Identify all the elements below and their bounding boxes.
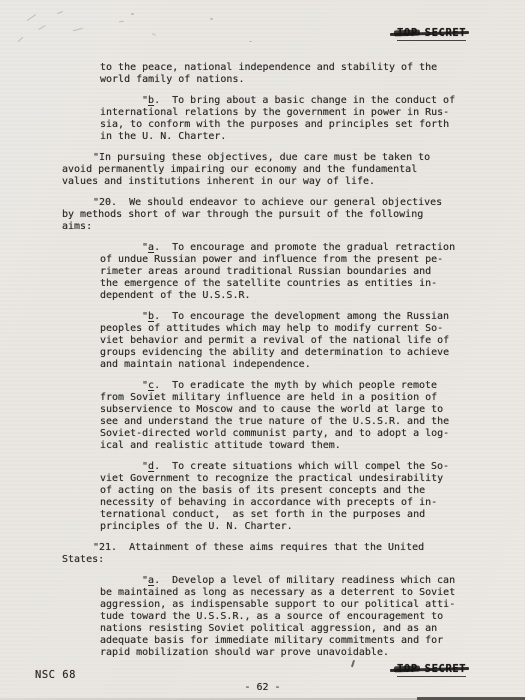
scanned-document-page: TOP SECRET to the peace, national indepe… — [0, 0, 525, 700]
pencil-smudge — [27, 14, 37, 21]
top-secret-stamp-header: TOP SECRET — [397, 27, 466, 41]
scan-edge-artifact — [417, 697, 525, 700]
pencil-smudge — [38, 25, 46, 30]
strikethrough-blot — [394, 665, 420, 672]
paragraph: "20. We should endeavor to achieve our g… — [62, 197, 472, 233]
paragraph: "b. To encourage the development among t… — [100, 311, 472, 371]
paragraph: "21. Attainment of these aims requires t… — [62, 542, 472, 566]
pencil-smudge — [152, 33, 156, 36]
paragraph: "b. To bring about a basic change in the… — [100, 95, 472, 143]
pencil-smudge — [249, 41, 252, 42]
paragraph: to the peace, national independence and … — [100, 62, 472, 86]
pencil-smudge — [57, 11, 63, 14]
strikethrough-blot — [394, 29, 420, 36]
paragraph: "c. To eradicate the myth by which peopl… — [100, 380, 472, 452]
pencil-smudge — [18, 37, 24, 43]
top-secret-stamp-footer: TOP SECRET — [397, 663, 466, 677]
pencil-smudge — [119, 21, 124, 23]
page-body: to the peace, national independence and … — [62, 62, 472, 668]
page-number: - 62 - — [0, 682, 525, 693]
paragraph: "a. To encourage and promote the gradual… — [100, 242, 472, 302]
paragraph: "In pursuing these objectives, due care … — [62, 152, 472, 188]
pencil-smudge — [73, 28, 83, 32]
pencil-smudge — [210, 18, 213, 20]
paragraph: "d. To create situations which will comp… — [100, 461, 472, 533]
pencil-smudge — [131, 13, 134, 15]
paragraph: "a. Develop a level of military readines… — [100, 575, 472, 659]
doc-id: NSC 68 — [35, 669, 76, 681]
